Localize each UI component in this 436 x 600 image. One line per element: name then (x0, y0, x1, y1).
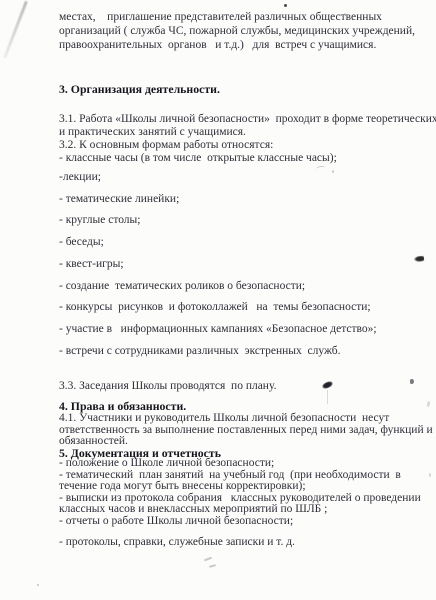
list-item: - беседы; (59, 232, 377, 254)
scan-artifact-edge-mark (429, 473, 431, 477)
section-4-paragraph: 4.1. Участники и руководитель Школы личн… (59, 413, 433, 448)
intro-paragraph: местах, приглашение представителей разли… (59, 11, 415, 52)
paragraph-line: 3.2. К основным формам работы относятся: (59, 139, 436, 152)
scan-artifact-ink-dot (284, 4, 287, 7)
scan-artifact-speck (37, 584, 39, 586)
list-item: - создание тематических роликов о безопа… (59, 276, 377, 298)
scan-artifact-ink-smudge (414, 255, 425, 262)
list-item: - конкурсы рисунков и фотоколлажей на те… (59, 297, 377, 319)
paragraph-line: 4.1. Участники и руководитель Школы личн… (59, 413, 433, 425)
final-list-item: - протоколы, справки, служебные записки … (59, 536, 295, 548)
list-item: - тематические линейки; (59, 189, 377, 211)
list-item: - отчеты о работе Школы личной безопасно… (59, 516, 421, 528)
section-3-closing: 3.3. Заседания Школы проводятся по плану… (59, 380, 276, 392)
documentation-list: - положение о Школе личной безопасности;… (59, 458, 421, 527)
paragraph-line: 3.3. Заседания Школы проводятся по плану… (59, 380, 276, 392)
scan-artifact-pen-mark-tail (327, 390, 328, 404)
list-item: классных часов и внеклассных мероприятий… (59, 504, 421, 516)
list-item: - квест-игры; (59, 254, 377, 276)
paragraph-line: 3.1. Работа «Школы личной безопасности» … (59, 113, 436, 126)
section-3-heading: 3. Организация деятельности. (59, 82, 220, 97)
paragraph-line: правоохранительных органов и т.д.) для в… (59, 39, 415, 53)
paragraph-line: - классные часы (в том числе открытые кл… (59, 152, 436, 165)
list-item: течение года могут быть внесены корректи… (59, 481, 421, 493)
paragraph-line: и практических занятий с учащимися. (59, 126, 436, 139)
scan-artifact-pen-mark (321, 380, 333, 390)
scan-artifact-pencil-dash (209, 564, 216, 568)
heading-text: 3. Организация деятельности. (59, 82, 220, 97)
list-item: - положение о Школе личной безопасности; (59, 458, 421, 470)
list-item: -лекции; (59, 167, 377, 189)
list-item: - протоколы, справки, служебные записки … (59, 536, 295, 548)
scan-artifact-fold-line (3, 1, 27, 59)
paragraph-line: местах, приглашение представителей разли… (59, 11, 415, 25)
scan-artifact-edge-mark (426, 401, 430, 407)
list-item: - встречи с сотрудниками различных экстр… (59, 341, 377, 363)
scan-artifact-speck (410, 379, 414, 384)
scan-artifact-pencil-dash (204, 557, 212, 562)
section-3-paragraph: 3.1. Работа «Школы личной безопасности» … (59, 113, 436, 165)
list-item: - круглые столы; (59, 210, 377, 232)
paragraph-line: организаций ( служба ЧС, пожарной службы… (59, 25, 415, 39)
scanned-document-page: местах, приглашение представителей разли… (0, 0, 436, 600)
work-forms-list: -лекции; - тематические линейки; - кругл… (59, 167, 377, 362)
list-item: - участие в информационных кампаниях «Бе… (59, 319, 377, 341)
